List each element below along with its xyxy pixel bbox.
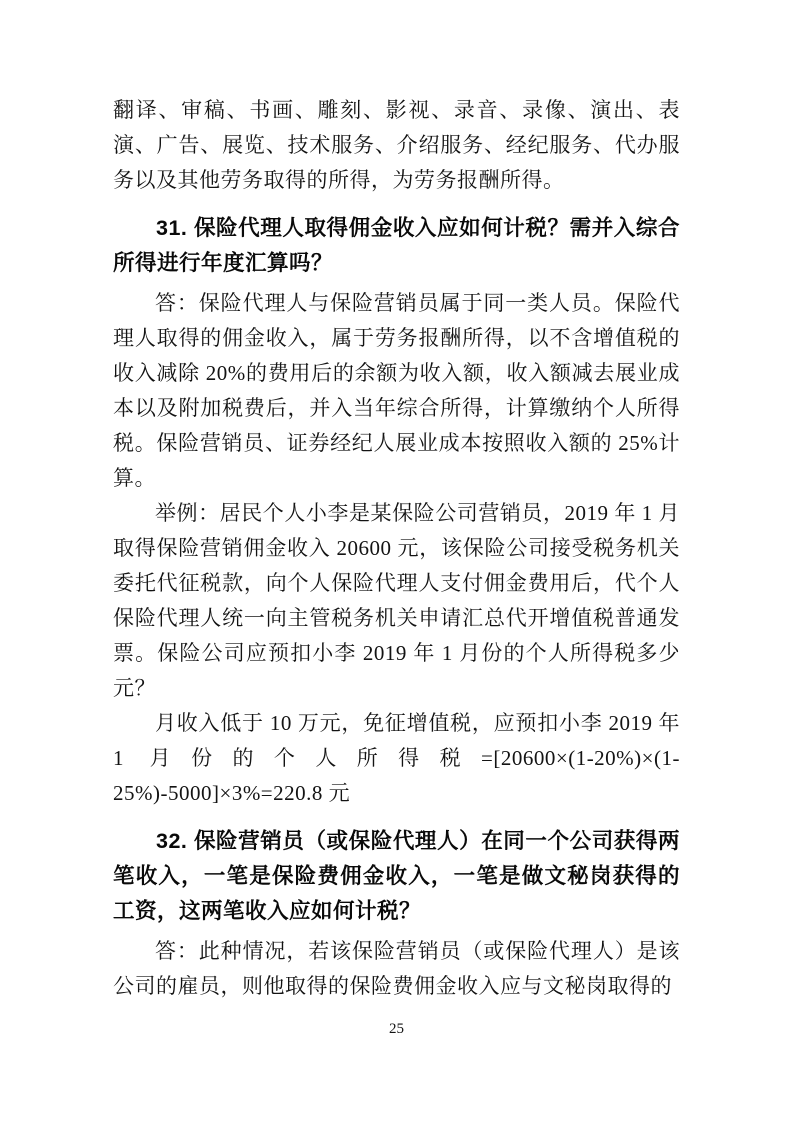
paragraph-labor-remuneration-continuation: 翻译、审稿、书画、雕刻、影视、录音、录像、演出、表演、广告、展览、技术服务、介绍… xyxy=(113,93,680,198)
question-32-heading: 32. 保险营销员（或保险代理人）在同一个公司获得两笔收入，一笔是保险费佣金收入… xyxy=(113,824,680,929)
question-31-heading: 31. 保险代理人取得佣金收入应如何计税？需并入综合所得进行年度汇算吗？ xyxy=(113,211,680,281)
document-page: 翻译、审稿、书画、雕刻、影视、录音、录像、演出、表演、广告、展览、技术服务、介绍… xyxy=(0,0,793,1122)
example-31-paragraph: 举例：居民个人小李是某保险公司营销员，2019 年 1 月取得保险营销佣金收入 … xyxy=(113,496,680,706)
answer-31-paragraph: 答：保险代理人与保险营销员属于同一类人员。保险代理人取得的佣金收入，属于劳务报酬… xyxy=(113,286,680,496)
answer-32-partial-paragraph: 答：此种情况，若该保险营销员（或保险代理人）是该公司的雇员，则他取得的保险费佣金… xyxy=(113,934,680,1004)
calculation-31-paragraph: 月收入低于 10 万元，免征增值税，应预扣小李 2019 年 1 月份的个人所得… xyxy=(113,706,680,811)
page-number: 25 xyxy=(0,1021,793,1038)
